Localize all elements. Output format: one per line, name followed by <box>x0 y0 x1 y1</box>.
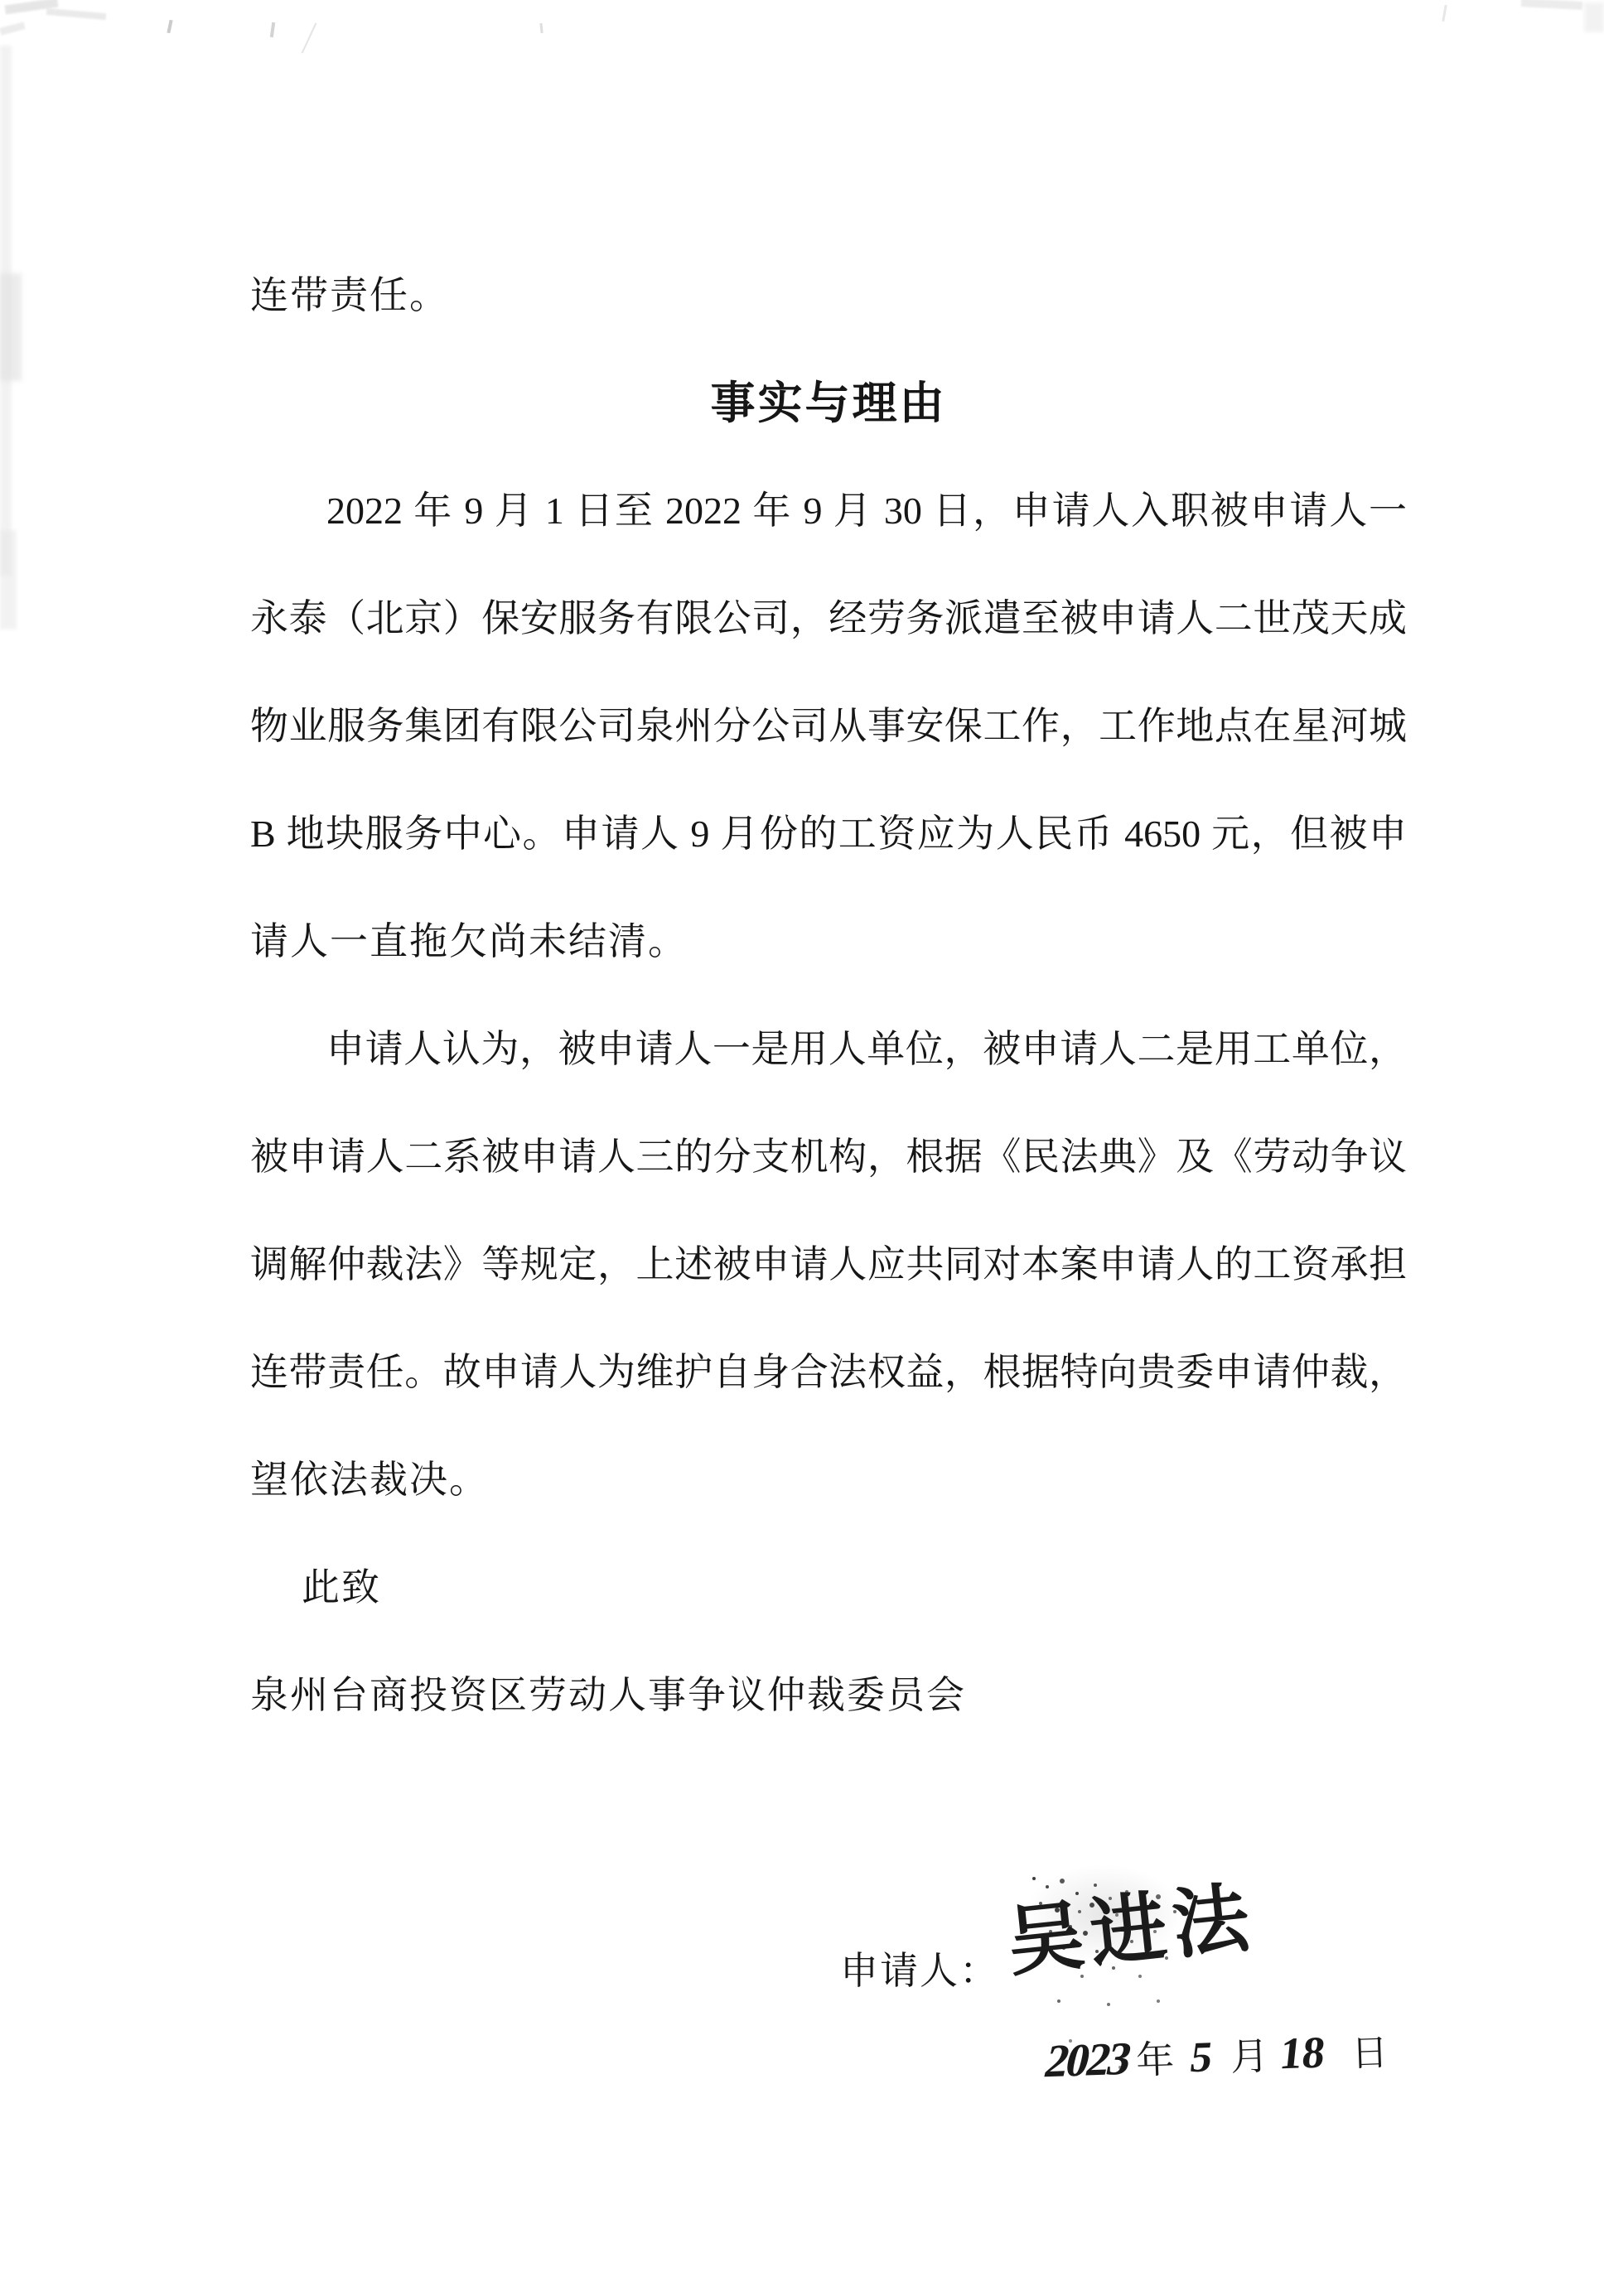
body-line: B 地块服务中心。申请人 9 月份的工资应为人民币 4650 元，但被申 <box>250 780 1407 888</box>
scan-mark <box>539 23 543 33</box>
body-line: 2022 年 9 月 1 日至 2022 年 9 月 30 日，申请人入职被申请… <box>250 457 1407 565</box>
date-month: 5 <box>1187 2033 1215 2082</box>
body-line: 连带责任。故申请人为维护自身合法权益，根据特向贵委申请仲裁， <box>250 1319 1407 1426</box>
scanned-document-page: 连带责任。 事实与理由 2022 年 9 月 1 日至 2022 年 9 月 3… <box>0 0 1604 2296</box>
section-title: 事实与理由 <box>250 350 1407 457</box>
date-year-unit: 年 <box>1135 2029 1175 2086</box>
date-day: 18 <box>1278 2026 1328 2079</box>
date-month-unit: 月 <box>1230 2026 1269 2082</box>
scan-smudge-top-left <box>46 8 106 20</box>
scan-smudge-top-left <box>0 22 26 35</box>
scan-smudge-top-right <box>1584 2 1604 32</box>
body-line: 永泰（北京）保安服务有限公司，经劳务派遣至被申请人二世茂天成 <box>250 565 1407 673</box>
date-year: 2023 <box>1040 2032 1135 2088</box>
scan-streak-left-edge <box>0 46 12 576</box>
body-line: 望依法裁决。 <box>250 1426 1407 1534</box>
body-line: 物业服务集团有限公司泉州分公司从事安保工作，工作地点在星河城 <box>250 673 1407 780</box>
leading-line: 连带责任。 <box>250 242 1407 350</box>
closing-line: 此致 <box>250 1534 1407 1642</box>
body-line: 申请人认为，被申请人一是用人单位，被申请人二是用工单位， <box>250 996 1407 1103</box>
signature-name-handwritten: 吴进法 <box>1003 1876 1259 1985</box>
date-line: 2023 年 5 月 18 日 <box>1045 2022 1389 2088</box>
recipient-line: 泉州台商投资区劳动人事争议仲裁委员会 <box>250 1642 1407 1749</box>
body-line: 被申请人二系被申请人三的分支机构，根据《民法典》及《劳动争议 <box>250 1103 1407 1211</box>
body-line: 调解仲裁法》等规定，上述被申请人应共同对本案申请人的工资承担 <box>250 1211 1407 1319</box>
scan-smudge-top-right <box>1442 5 1447 22</box>
scan-smudge-top-left <box>5 0 59 14</box>
scan-mark <box>270 22 275 37</box>
document-body: 连带责任。 事实与理由 2022 年 9 月 1 日至 2022 年 9 月 3… <box>250 242 1407 1749</box>
body-line: 请人一直拖欠尚未结清。 <box>250 888 1407 996</box>
date-day-unit: 日 <box>1350 2023 1389 2077</box>
scan-streak-left-edge <box>0 273 22 381</box>
scan-mark <box>302 22 317 53</box>
scan-mark <box>167 20 172 33</box>
scan-smudge-top-right <box>1521 0 1582 10</box>
scan-streak-left-edge <box>0 530 17 629</box>
signature-label: 申请人： <box>840 1948 999 1994</box>
ink-speckles <box>1032 1877 1036 1880</box>
